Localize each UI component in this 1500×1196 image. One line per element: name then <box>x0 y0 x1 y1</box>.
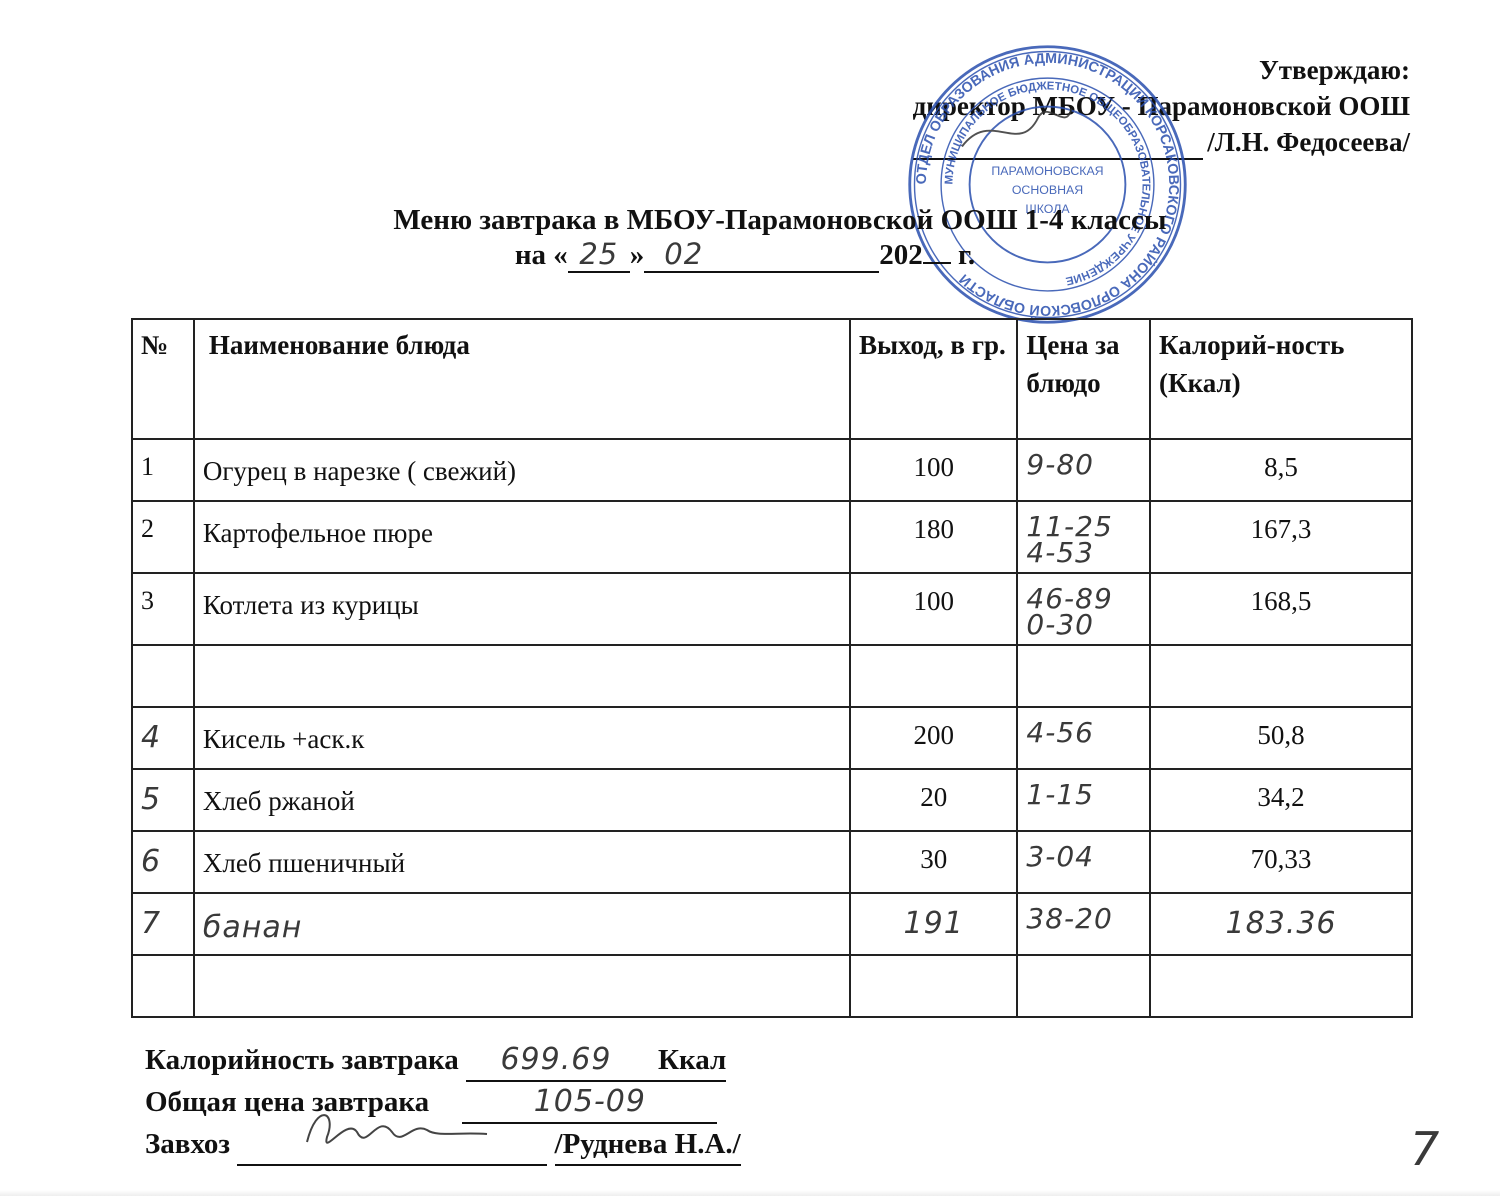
scan-edge <box>0 1190 1500 1196</box>
cell-price: 38-20 <box>1017 893 1150 955</box>
approval-heading: Утверждаю: <box>913 52 1410 88</box>
cell-calories: 34,2 <box>1150 769 1412 831</box>
cell-name: Хлеб ржаной <box>194 769 850 831</box>
table-row: 5Хлеб ржаной201-1534,2 <box>132 769 1412 831</box>
cell-output: 20 <box>850 769 1017 831</box>
table-row <box>132 645 1412 707</box>
cell-num <box>132 955 194 1017</box>
date-day: 25 <box>568 237 630 273</box>
cell-output: 30 <box>850 831 1017 893</box>
header-name: Наименование блюда <box>194 319 850 439</box>
cell-price <box>1017 955 1150 1017</box>
manager-signature <box>237 1124 547 1166</box>
price-total: 105-09 <box>462 1082 717 1124</box>
cell-calories: 168,5 <box>1150 573 1412 645</box>
manager-name: /Руднева Н.А./ <box>555 1124 741 1166</box>
cell-output: 100 <box>850 573 1017 645</box>
cell-name: банан <box>194 893 850 955</box>
cell-output <box>850 955 1017 1017</box>
cell-calories <box>1150 645 1412 707</box>
table-body: 1Огурец в нарезке ( свежий)1009-808,52Ка… <box>132 439 1412 1017</box>
table-row: 6Хлеб пшеничный303-0470,33 <box>132 831 1412 893</box>
table-row: 4Кисель +аск.к2004-5650,8 <box>132 707 1412 769</box>
manager-row: Завхоз /Руднева Н.А./ <box>145 1124 741 1166</box>
cell-name: Картофельное пюре <box>194 501 850 573</box>
cell-calories: 183.36 <box>1150 893 1412 955</box>
footer-summary: Калорийность завтрака 699.69Ккал Общая ц… <box>145 1040 741 1166</box>
cell-output: 191 <box>850 893 1017 955</box>
stamp-center-2: ОСНОВНАЯ <box>1012 183 1083 197</box>
table-row: 7банан19138-20183.36 <box>132 893 1412 955</box>
cell-price: 3-04 <box>1017 831 1150 893</box>
cell-name <box>194 955 850 1017</box>
cell-num: 7 <box>132 893 194 955</box>
approval-signatory: /Л.Н. Федосеева/ <box>1207 127 1410 157</box>
cell-name: Хлеб пшеничный <box>194 831 850 893</box>
header-calories: Калорий-ность (Ккал) <box>1150 319 1412 439</box>
cell-output: 200 <box>850 707 1017 769</box>
cell-num: 1 <box>132 439 194 501</box>
table-row: 2Картофельное пюре18011-25 4-53167,3 <box>132 501 1412 573</box>
cell-price <box>1017 645 1150 707</box>
title-date: на «25»02202 г. <box>0 237 1490 273</box>
cell-num: 2 <box>132 501 194 573</box>
cell-name: Кисель +аск.к <box>194 707 850 769</box>
table-header-row: № Наименование блюда Выход, в гр. Цена з… <box>132 319 1412 439</box>
cell-name <box>194 645 850 707</box>
date-month: 02 <box>644 237 879 273</box>
approval-block: Утверждаю: директор МБОУ - Парамоновской… <box>913 52 1410 160</box>
cell-num: 6 <box>132 831 194 893</box>
cell-price: 1-15 <box>1017 769 1150 831</box>
approval-position: директор МБОУ - Парамоновской ООШ <box>913 88 1410 124</box>
calories-summary: Калорийность завтрака 699.69Ккал <box>145 1040 741 1082</box>
cell-calories: 167,3 <box>1150 501 1412 573</box>
cell-calories: 70,33 <box>1150 831 1412 893</box>
approval-signature-row: /Л.Н. Федосеева/ <box>913 124 1410 160</box>
page-number: 7 <box>1410 1122 1440 1176</box>
calories-unit: Ккал <box>646 1040 726 1082</box>
header-num: № <box>132 319 194 439</box>
header-price: Цена за блюдо <box>1017 319 1150 439</box>
cell-name: Огурец в нарезке ( свежий) <box>194 439 850 501</box>
cell-output: 180 <box>850 501 1017 573</box>
cell-price: 9-80 <box>1017 439 1150 501</box>
date-year-blank <box>923 262 951 264</box>
table-row: 1Огурец в нарезке ( свежий)1009-808,5 <box>132 439 1412 501</box>
cell-num: 3 <box>132 573 194 645</box>
menu-table: № Наименование блюда Выход, в гр. Цена з… <box>131 318 1413 1018</box>
cell-price: 4-56 <box>1017 707 1150 769</box>
cell-output <box>850 645 1017 707</box>
stamp-center-1: ПАРАМОНОВСКАЯ <box>991 164 1103 178</box>
table-row: 3Котлета из курицы10046-89 0-30168,5 <box>132 573 1412 645</box>
manager-signature-icon <box>297 1102 497 1162</box>
header-output: Выход, в гр. <box>850 319 1017 439</box>
cell-calories: 50,8 <box>1150 707 1412 769</box>
cell-calories: 8,5 <box>1150 439 1412 501</box>
table-row <box>132 955 1412 1017</box>
cell-price: 46-89 0-30 <box>1017 573 1150 645</box>
cell-name: Котлета из курицы <box>194 573 850 645</box>
cell-calories <box>1150 955 1412 1017</box>
calories-total: 699.69 <box>466 1040 646 1082</box>
cell-output: 100 <box>850 439 1017 501</box>
document-title: Меню завтрака в МБОУ-Парамоновской ООШ 1… <box>0 203 1500 273</box>
cell-num <box>132 645 194 707</box>
cell-num: 4 <box>132 707 194 769</box>
title-line: Меню завтрака в МБОУ-Парамоновской ООШ 1… <box>393 204 1166 236</box>
signature-line <box>913 130 1203 160</box>
cell-num: 5 <box>132 769 194 831</box>
cell-price: 11-25 4-53 <box>1017 501 1150 573</box>
